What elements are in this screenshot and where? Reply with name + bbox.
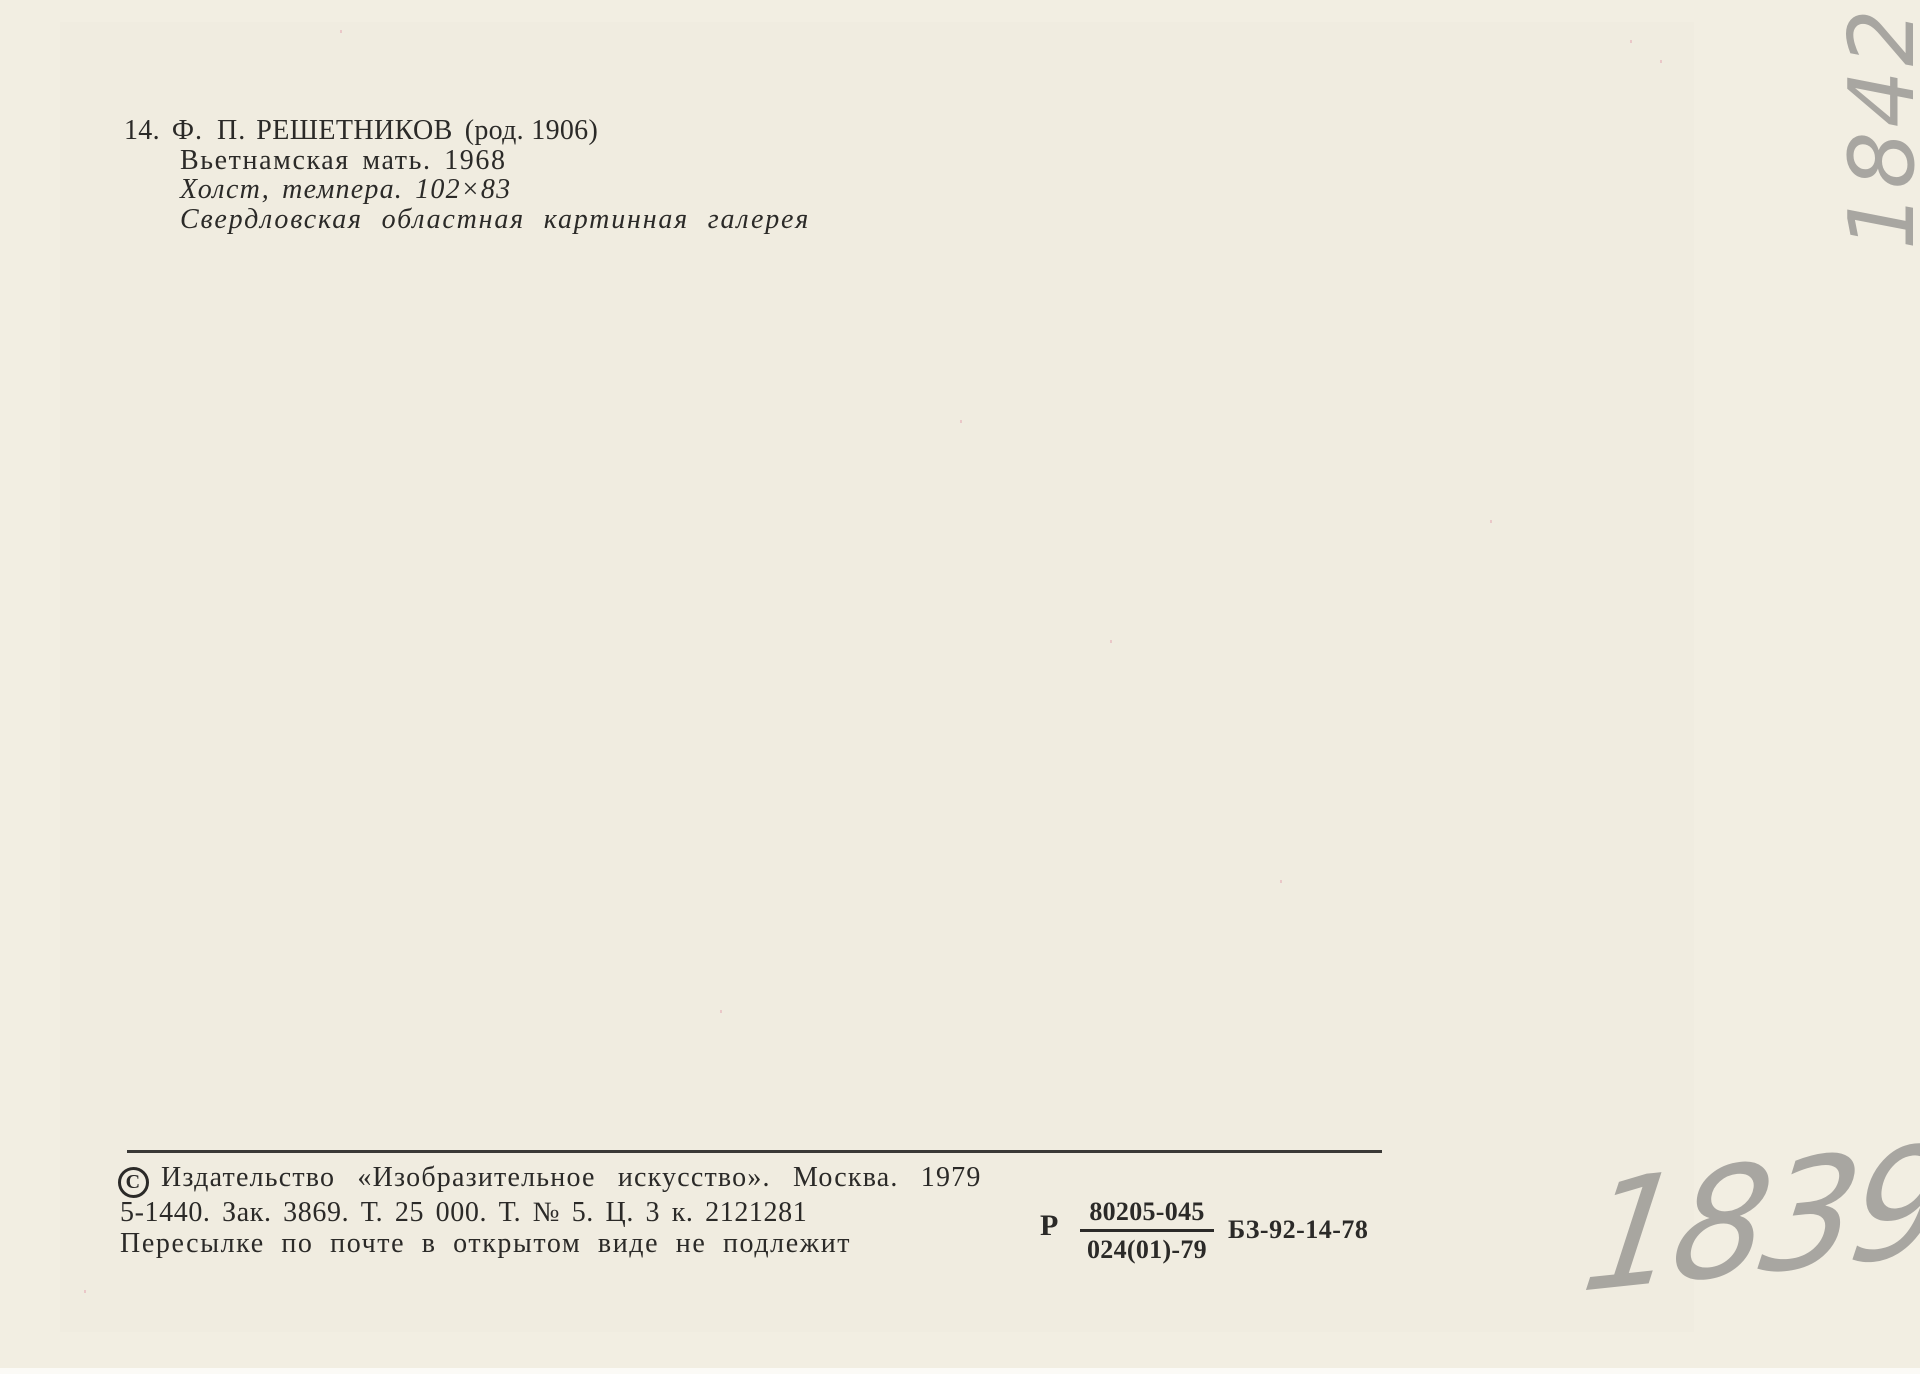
paper-edge: [0, 1368, 1920, 1374]
plate-number: 14.: [124, 115, 160, 146]
index-code-suffix: БЗ-92-14-78: [1228, 1214, 1368, 1246]
speck: [1630, 40, 1632, 43]
publisher-line: CИздательство «Изобразительное искусство…: [118, 1162, 982, 1198]
index-prefix: Р: [1040, 1210, 1058, 1242]
copyright-icon: C: [118, 1167, 149, 1198]
artist-birth: (род. 1906): [465, 115, 598, 146]
publisher-text: Издательство «Изобразительное искусство»…: [161, 1162, 982, 1193]
speck: [340, 30, 342, 33]
postal-notice: Пересылке по почте в открытом виде не по…: [120, 1228, 851, 1260]
pencil-number-side: 1842: [1838, 5, 1920, 250]
index-numerator: 80205-045: [1080, 1196, 1214, 1228]
artist-initials: Ф. П.: [172, 115, 246, 146]
speck: [1280, 880, 1282, 883]
speck: [84, 1290, 86, 1293]
speck: [960, 420, 962, 423]
artwork-medium-size: Холст, темпера. 102×83: [180, 175, 511, 205]
pencil-number-bottom: 1839: [1575, 1120, 1920, 1321]
speck: [1110, 640, 1112, 643]
artwork-collection: Свердловская областная картинная галерея: [180, 205, 810, 235]
speck: [1660, 60, 1662, 63]
print-details: 5-1440. Зак. 3869. Т. 25 000. Т. № 5. Ц.…: [120, 1197, 807, 1229]
caption-artist-line: 14.Ф. П.РЕШЕТНИКОВ(род. 1906): [124, 116, 598, 146]
speck: [720, 1010, 722, 1013]
divider-rule: [127, 1150, 1382, 1153]
artwork-title-year: Вьетнамская мать. 1968: [180, 146, 507, 176]
artist-surname: РЕШЕТНИКОВ: [256, 115, 452, 146]
speck: [1490, 520, 1492, 523]
fraction-bar: [1080, 1229, 1214, 1232]
index-denominator: 024(01)-79: [1080, 1234, 1214, 1266]
index-fraction: 80205-045 024(01)-79: [1080, 1196, 1214, 1266]
